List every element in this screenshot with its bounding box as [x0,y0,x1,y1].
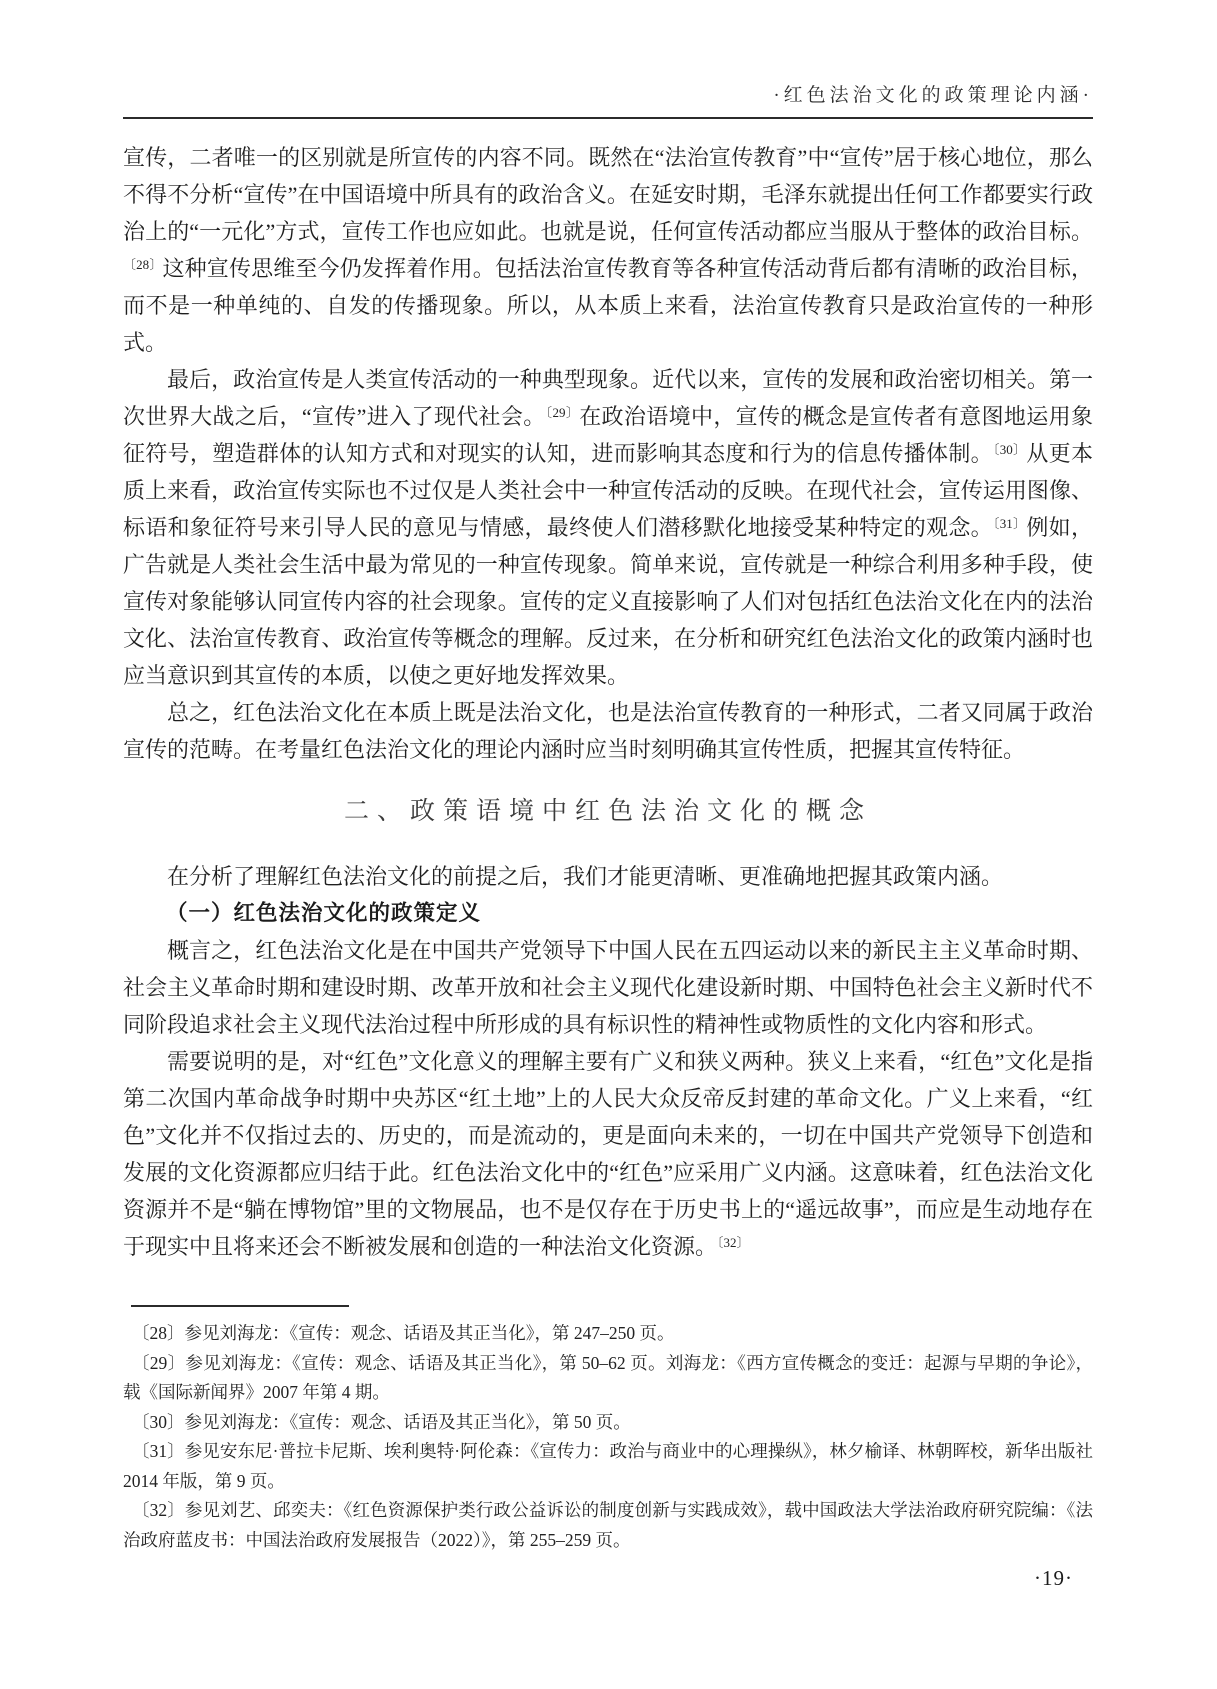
running-title: ·红色法治文化的政策理论内涵· [123,0,1093,107]
footnote-29: 〔29〕参见刘海龙：《宣传：观念、话语及其正当化》，第 50–62 页。刘海龙：… [123,1349,1093,1408]
footnote-ref-32: 〔32〕 [717,1235,750,1250]
paragraph: 最后，政治宣传是人类宣传活动的一种典型现象。近代以来，宣传的发展和政治密切相关。… [123,361,1093,694]
paragraph-text: 总之，红色法治文化在本质上既是法治文化，也是法治宣传教育的一种形式，二者又同属于… [123,700,1093,762]
paragraph-text: 需要说明的是，对“红色”文化意义的理解主要有广义和狭义两种。狭义上来看，“红色”… [123,1049,1093,1259]
header-rule [123,117,1093,119]
paragraph-text: 在分析了理解红色法治文化的前提之后，我们才能更清晰、更准确地把握其政策内涵。 [167,864,1003,889]
paragraph: 宣传，二者唯一的区别就是所宣传的内容不同。既然在“法治宣传教育”中“宣传”居于核… [123,139,1093,361]
paragraph-text: 宣传，二者唯一的区别就是所宣传的内容不同。既然在“法治宣传教育”中“宣传”居于核… [123,145,1093,244]
paragraph: 概言之，红色法治文化是在中国共产党领导下中国人民在五四运动以来的新民主主义革命时… [123,932,1093,1043]
subsection-heading: （一）红色法治文化的政策定义 [123,895,1093,932]
footnotes-block: 〔28〕参见刘海龙：《宣传：观念、话语及其正当化》，第 247–250 页。 〔… [123,1305,1093,1555]
body-text: 宣传，二者唯一的区别就是所宣传的内容不同。既然在“法治宣传教育”中“宣传”居于核… [123,139,1093,1265]
paragraph: 需要说明的是，对“红色”文化意义的理解主要有广义和狭义两种。狭义上来看，“红色”… [123,1043,1093,1265]
paragraph: 在分析了理解红色法治文化的前提之后，我们才能更清晰、更准确地把握其政策内涵。 [123,858,1093,895]
paragraph: 总之，红色法治文化在本质上既是法治文化，也是法治宣传教育的一种形式，二者又同属于… [123,694,1093,768]
paragraph-text: 例如，广告就是人类社会生活中最为常见的一种宣传现象。简单来说，宣传就是一种综合利… [123,515,1093,688]
page-number: ·19· [123,1566,1073,1591]
footnote-ref-31: 〔31〕 [993,516,1026,531]
paper-page: ·红色法治文化的政策理论内涵· 宣传，二者唯一的区别就是所宣传的内容不同。既然在… [0,0,1217,1689]
section-heading: 二、政策语境中红色法治文化的概念 [123,792,1093,832]
footnote-separator [131,1305,349,1307]
footnote-28: 〔28〕参见刘海龙：《宣传：观念、话语及其正当化》，第 247–250 页。 [123,1319,1093,1349]
paragraph-text: 这种宣传思维至今仍发挥着作用。包括法治宣传教育等各种宣传活动背后都有清晰的政治目… [123,256,1093,355]
footnote-ref-29: 〔29〕 [546,405,580,420]
footnote-32: 〔32〕参见刘艺、邱奕夫：《红色资源保护类行政公益诉讼的制度创新与实践成效》，载… [123,1496,1093,1555]
page-content: ·红色法治文化的政策理论内涵· 宣传，二者唯一的区别就是所宣传的内容不同。既然在… [123,0,1093,1265]
footnote-ref-30: 〔30〕 [993,442,1026,457]
paragraph-text: 概言之，红色法治文化是在中国共产党领导下中国人民在五四运动以来的新民主主义革命时… [123,938,1093,1037]
footnote-30: 〔30〕参见刘海龙：《宣传：观念、话语及其正当化》，第 50 页。 [123,1408,1093,1438]
footnote-31: 〔31〕参见安东尼·普拉卡尼斯、埃利奥特·阿伦森：《宣传力：政治与商业中的心理操… [123,1437,1093,1496]
footnote-ref-28: 〔28〕 [123,257,162,272]
